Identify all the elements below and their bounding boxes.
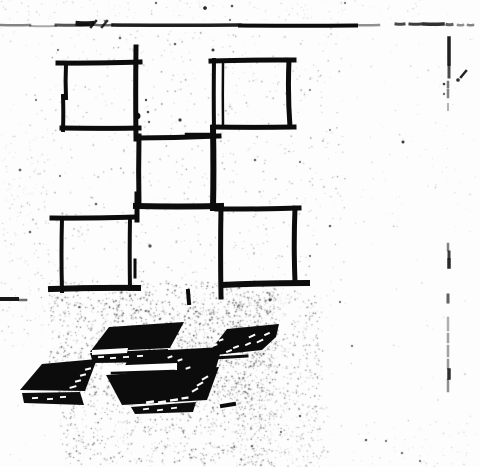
tile-back-left xyxy=(90,322,184,352)
tile-front-left-edge xyxy=(22,392,84,405)
scanned-paper-figure xyxy=(0,0,480,467)
stray-ink-dash xyxy=(222,404,234,406)
perspective-checkerboard-pattern xyxy=(20,322,279,414)
flat-checkerboard-pattern xyxy=(51,47,307,303)
ink-specks xyxy=(19,2,460,462)
top-rule-line xyxy=(0,21,473,27)
figure-drawing xyxy=(0,0,480,467)
